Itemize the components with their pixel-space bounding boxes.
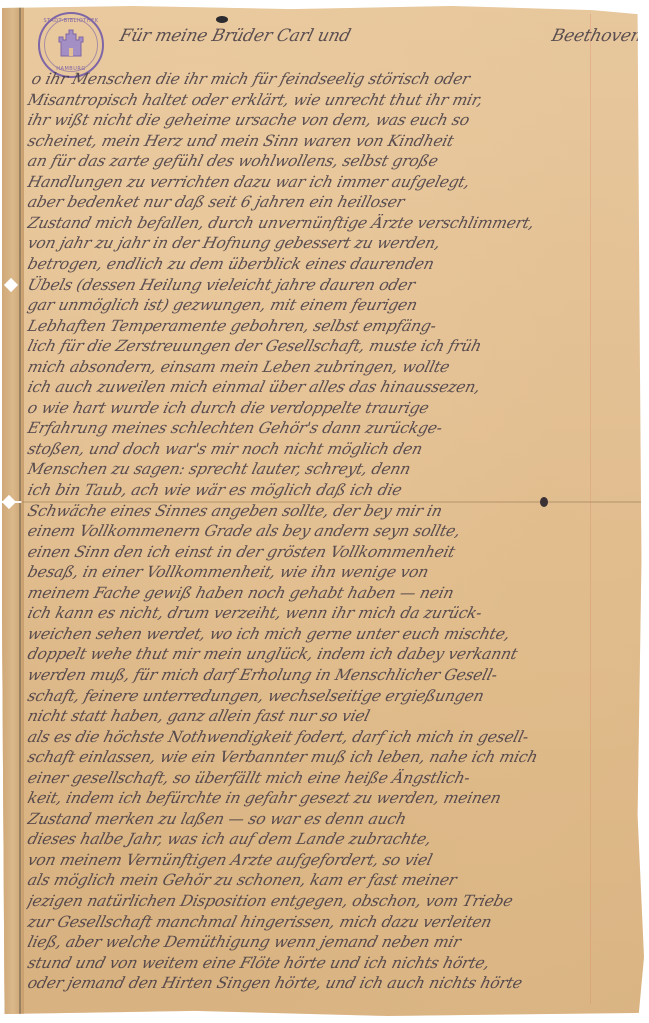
manuscript-line: betrogen, endlich zu dem überblick eines… [26, 255, 615, 273]
manuscript-line: von jahr zu jahr in der Hofnung gebesser… [26, 234, 631, 252]
manuscript-line: Zustand merken zu laßen — so war es denn… [26, 810, 615, 828]
manuscript-line: nicht statt haben, ganz allein fast nur … [26, 707, 623, 725]
manuscript-line: oder jemand den Hirten Singen hörte, und… [26, 974, 631, 992]
manuscript-line: als möglich mein Gehör zu schonen, kam e… [26, 871, 615, 889]
manuscript-line: einem Vollkommenern Grade als bey andern… [26, 522, 623, 540]
manuscript-line: lich für die Zerstreuungen der Gesellsch… [26, 337, 623, 355]
manuscript-line: als es die höchste Nothwendigkeit fodert… [26, 728, 631, 746]
manuscript-line: Erfahrung meines schlechten Gehör's dann… [26, 419, 631, 437]
manuscript-line: ihr wißt nicht die geheime ursache von d… [26, 111, 631, 129]
manuscript-line: o ihr Menschen die ihr mich für feindsee… [30, 70, 619, 88]
manuscript-line: von meinem Vernünftigen Arzte aufgeforde… [26, 851, 631, 869]
manuscript-line: Misantropisch haltet oder erklärt, wie u… [26, 91, 623, 109]
manuscript-line: meinem Fache gewiß haben noch gehabt hab… [26, 584, 623, 602]
heading-right: Beethoven [550, 26, 644, 46]
manuscript-line: stoßen, und doch war's mir noch nicht mö… [26, 440, 615, 458]
manuscript-line: mich absondern, einsam mein Leben zubrin… [26, 358, 631, 376]
heading-left: Für meine Brüder Carl und [118, 26, 353, 46]
manuscript-line: Übels (dessen Heilung vieleicht jahre da… [26, 276, 623, 294]
manuscript-line: dieses halbe Jahr, was ich auf dem Lande… [26, 830, 623, 848]
manuscript-line: ich auch zuweilen mich einmal über alles… [26, 378, 615, 396]
manuscript-line: Zustand mich befallen, durch unvernünfti… [26, 214, 623, 232]
stamp-text-top: STADT-BIBLIOTHEK [40, 18, 102, 24]
manuscript-line: ließ, aber welche Demüthigung wenn jeman… [26, 933, 615, 951]
ink-blot [216, 16, 228, 23]
manuscript-line: ich bin Taub, ach wie wär es möglich daß… [26, 481, 631, 499]
manuscript-line: Lebhaften Temperamente gebohren, selbst … [26, 317, 615, 335]
manuscript-line: werden muß, für mich darf Erholung in Me… [26, 666, 631, 684]
manuscript-line: zur Gesellschaft manchmal hingerissen, m… [26, 913, 631, 931]
manuscript-line: scheinet, mein Herz und mein Sinn waren … [26, 132, 615, 150]
manuscript-page: STADT-BIBLIOTHEK HAMBURG Für meine Brüde… [2, 4, 644, 1018]
manuscript-line: an für das zarte gefühl des wohlwollens,… [26, 152, 623, 170]
manuscript-line: gar unmöglich ist) gezwungen, mit einem … [26, 296, 631, 314]
manuscript-line: schaft einlassen, wie ein Verbannter muß… [26, 748, 615, 766]
manuscript-line: jezigen natürlichen Disposition entgegen… [26, 892, 623, 910]
manuscript-line: doppelt wehe thut mir mein unglück, inde… [26, 645, 623, 663]
manuscript-line: einen Sinn den ich einst in der grösten … [26, 543, 631, 561]
stamp-inner-ring [44, 18, 98, 72]
manuscript-line: keit, indem ich befürchte in gefahr gese… [26, 789, 631, 807]
manuscript-line: stund und von weitem eine Flöte hörte un… [26, 954, 623, 972]
manuscript-line: Handlungen zu verrichten dazu war ich im… [26, 173, 631, 191]
library-stamp: STADT-BIBLIOTHEK HAMBURG [38, 12, 104, 78]
manuscript-line: aber bedenket nur daß seit 6 jahren ein … [26, 193, 615, 211]
binding-rule [19, 4, 21, 1018]
manuscript-line: ich kann es nicht, drum verzeiht, wenn i… [26, 604, 631, 622]
manuscript-line: Menschen zu sagen: sprecht lauter, schre… [26, 460, 623, 478]
manuscript-line: besaß, in einer Vollkommenheit, wie ihn … [26, 563, 615, 581]
manuscript-line: o wie hart wurde ich durch die verdoppel… [26, 399, 623, 417]
manuscript-line: schaft, feinere unterredungen, wechselse… [26, 687, 615, 705]
manuscript-line: weichen sehen werdet, wo ich mich gerne … [26, 625, 615, 643]
manuscript-line: Schwäche eines Sinnes angeben sollte, de… [26, 502, 615, 520]
manuscript-line: einer gesellschaft, so überfällt mich ei… [26, 769, 623, 787]
